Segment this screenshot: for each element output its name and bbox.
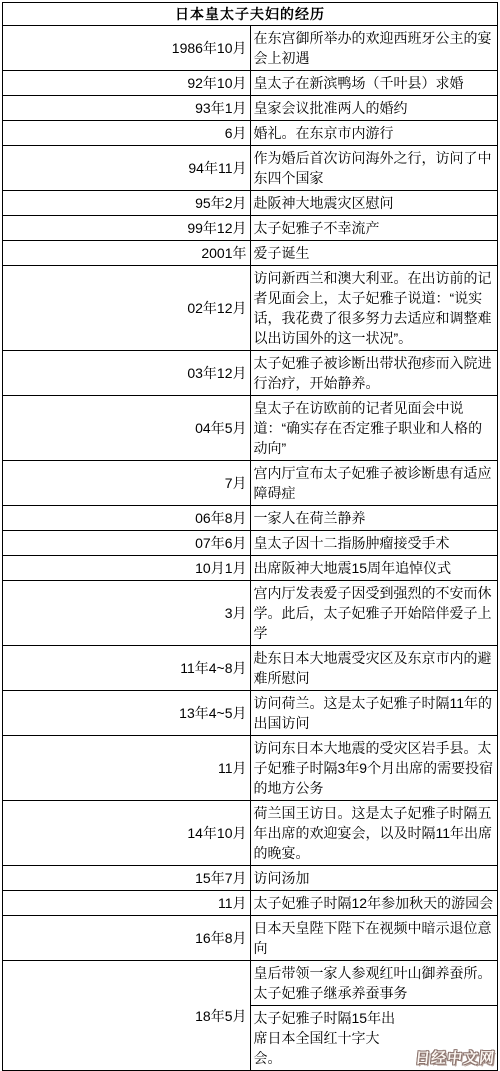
date-cell: 1986年10月 <box>3 26 251 71</box>
event-cell: 荷兰国王访日。这是太子妃雅子时隔五年出席的欢迎宴会，以及时隔11年出席的晚宴。 <box>250 801 498 866</box>
title-row: 日本皇太子夫妇的经历 <box>3 3 498 26</box>
table-row: 2001年爱子诞生 <box>3 241 498 266</box>
date-cell: 6月 <box>3 121 251 146</box>
event-cell: 作为婚后首次访问海外之行，访问了中东四个国家 <box>250 146 498 191</box>
event-cell: 皇后带领一家人参观红叶山御养蚕所。太子妃雅子继承养蚕事务 <box>250 961 498 1006</box>
table-title: 日本皇太子夫妇的经历 <box>3 3 498 26</box>
event-cell: 访问新西兰和澳大利亚。在出访前的记者见面会上，太子妃雅子说道：“说实话，我花费了… <box>250 266 498 351</box>
event-cell: 太子妃雅子时隔15年出席日本全国红十字大会。日经中文网 <box>250 1006 498 1071</box>
table-row: 3月宫内厅发表爱子因受到强烈的不安而休学。此后，太子妃雅子开始陪伴爱子上学 <box>3 581 498 646</box>
event-cell: 太子妃雅子不幸流产 <box>250 216 498 241</box>
date-cell: 16年8月 <box>3 916 251 961</box>
date-cell: 3月 <box>3 581 251 646</box>
event-text: 皇后带领一家人参观红叶山御养蚕所。太子妃雅子继承养蚕事务 <box>254 965 492 1001</box>
date-cell: 14年10月 <box>3 801 251 866</box>
table-row: 11月访问东日本大地震的受灾区岩手县。太子妃雅子时隔3年9个月出席的需要投宿的地… <box>3 736 498 801</box>
table-row: 06年8月一家人在荷兰静养 <box>3 506 498 531</box>
table-row: 6月婚礼。在东京市内游行 <box>3 121 498 146</box>
event-cell: 爱子诞生 <box>250 241 498 266</box>
date-cell: 11月 <box>3 736 251 801</box>
event-cell: 皇太子在访欧前的记者见面会中说道：“确实存在否定雅子职业和人格的动向” <box>250 396 498 461</box>
event-cell: 日本天皇陛下陛下在视频中暗示退位意向 <box>250 916 498 961</box>
date-cell: 02年12月 <box>3 266 251 351</box>
date-cell: 11年4~8月 <box>3 646 251 691</box>
date-cell: 7月 <box>3 461 251 506</box>
table-row: 02年12月访问新西兰和澳大利亚。在出访前的记者见面会上，太子妃雅子说道：“说实… <box>3 266 498 351</box>
table-row: 99年12月太子妃雅子不幸流产 <box>3 216 498 241</box>
event-cell: 访问东日本大地震的受灾区岩手县。太子妃雅子时隔3年9个月出席的需要投宿的地方公务 <box>250 736 498 801</box>
date-cell: 15年7月 <box>3 866 251 891</box>
table-row: 14年10月荷兰国王访日。这是太子妃雅子时隔五年出席的欢迎宴会，以及时隔11年出… <box>3 801 498 866</box>
event-cell: 太子妃雅子时隔12年参加秋天的游园会 <box>250 891 498 916</box>
event-cell: 访问荷兰。这是太子妃雅子时隔11年的出国访问 <box>250 691 498 736</box>
table-row: 95年2月赴阪神大地震灾区慰问 <box>3 191 498 216</box>
table-row: 18年5月皇后带领一家人参观红叶山御养蚕所。太子妃雅子继承养蚕事务 <box>3 961 498 1006</box>
date-cell: 99年12月 <box>3 216 251 241</box>
event-cell: 出席阪神大地震15周年追悼仪式 <box>250 556 498 581</box>
date-cell: 92年10月 <box>3 71 251 96</box>
event-cell: 在东宫御所举办的欢迎西班牙公主的宴会上初遇 <box>250 26 498 71</box>
date-cell: 10月1月 <box>3 556 251 581</box>
event-text: 太子妃雅子时隔15年出席日本全国红十字大会。 <box>254 1010 396 1066</box>
table-row: 93年1月皇家会议批准两人的婚约 <box>3 96 498 121</box>
event-cell: 访问汤加 <box>250 866 498 891</box>
date-cell: 94年11月 <box>3 146 251 191</box>
table-row: 03年12月太子妃雅子被诊断出带状孢疹而入院进行治疗，开始静养。 <box>3 351 498 396</box>
date-cell: 04年5月 <box>3 396 251 461</box>
event-cell: 皇家会议批准两人的婚约 <box>250 96 498 121</box>
table-row: 16年8月日本天皇陛下陛下在视频中暗示退位意向 <box>3 916 498 961</box>
event-cell: 婚礼。在东京市内游行 <box>250 121 498 146</box>
table-row: 07年6月皇太子因十二指肠肿瘤接受手术 <box>3 531 498 556</box>
event-cell: 宫内厅宣布太子妃雅子被诊断患有适应障碍症 <box>250 461 498 506</box>
history-table: 日本皇太子夫妇的经历 1986年10月在东宫御所举办的欢迎西班牙公主的宴会上初遇… <box>2 2 498 1071</box>
event-cell: 赴东日本大地震受灾区及东京市内的避难所慰问 <box>250 646 498 691</box>
table-row: 13年4~5月访问荷兰。这是太子妃雅子时隔11年的出国访问 <box>3 691 498 736</box>
event-cell: 一家人在荷兰静养 <box>250 506 498 531</box>
date-cell: 03年12月 <box>3 351 251 396</box>
table-row: 04年5月皇太子在访欧前的记者见面会中说道：“确实存在否定雅子职业和人格的动向” <box>3 396 498 461</box>
date-cell: 07年6月 <box>3 531 251 556</box>
table-row: 11月太子妃雅子时隔12年参加秋天的游园会 <box>3 891 498 916</box>
table-body: 1986年10月在东宫御所举办的欢迎西班牙公主的宴会上初遇92年10月皇太子在新… <box>3 26 498 1071</box>
event-cell: 太子妃雅子被诊断出带状孢疹而入院进行治疗，开始静养。 <box>250 351 498 396</box>
table-row: 15年7月访问汤加 <box>3 866 498 891</box>
table-row: 7月宫内厅宣布太子妃雅子被诊断患有适应障碍症 <box>3 461 498 506</box>
date-cell: 18年5月 <box>3 961 251 1071</box>
table-row: 1986年10月在东宫御所举办的欢迎西班牙公主的宴会上初遇 <box>3 26 498 71</box>
date-cell: 2001年 <box>3 241 251 266</box>
date-cell: 93年1月 <box>3 96 251 121</box>
article-table-page: 日本皇太子夫妇的经历 1986年10月在东宫御所举办的欢迎西班牙公主的宴会上初遇… <box>0 0 500 766</box>
event-cell: 赴阪神大地震灾区慰问 <box>250 191 498 216</box>
date-cell: 11月 <box>3 891 251 916</box>
table-row: 94年11月作为婚后首次访问海外之行，访问了中东四个国家 <box>3 146 498 191</box>
table-row: 92年10月皇太子在新滨鸭场（千叶县）求婚 <box>3 71 498 96</box>
table-row: 11年4~8月赴东日本大地震受灾区及东京市内的避难所慰问 <box>3 646 498 691</box>
event-cell: 皇太子因十二指肠肿瘤接受手术 <box>250 531 498 556</box>
date-cell: 13年4~5月 <box>3 691 251 736</box>
date-cell: 95年2月 <box>3 191 251 216</box>
watermark-logo: 日经中文网 <box>414 1049 496 1069</box>
table-row: 10月1月出席阪神大地震15周年追悼仪式 <box>3 556 498 581</box>
event-cell: 皇太子在新滨鸭场（千叶县）求婚 <box>250 71 498 96</box>
date-cell: 06年8月 <box>3 506 251 531</box>
event-cell: 宫内厅发表爱子因受到强烈的不安而休学。此后，太子妃雅子开始陪伴爱子上学 <box>250 581 498 646</box>
